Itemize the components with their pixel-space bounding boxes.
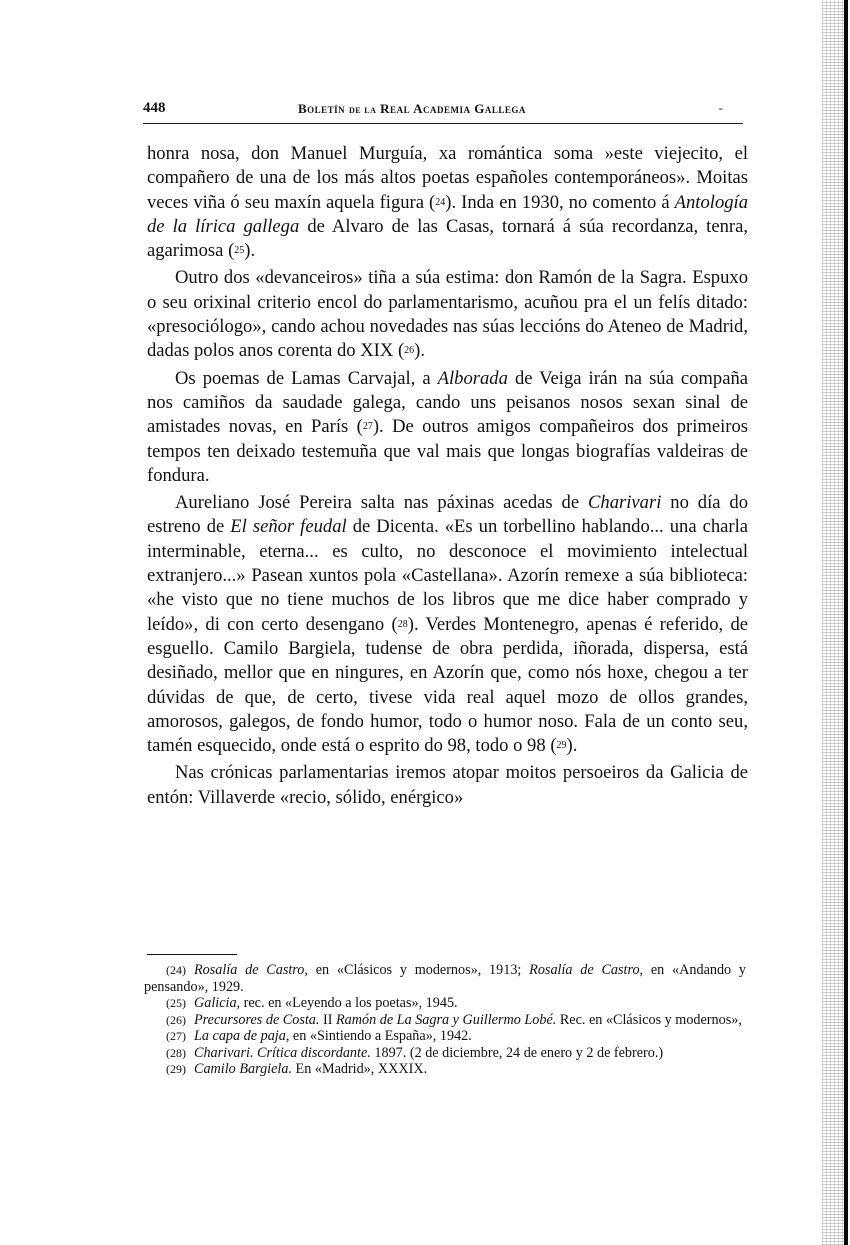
footnote-reference: (25) [228, 240, 250, 261]
footnotes: (24)Rosalía de Castro, en «Clásicos y mo… [144, 962, 746, 1078]
page-edge-shadow [822, 0, 844, 1245]
footnote: (29)Camilo Bargiela. En «Madrid», XXXIX. [144, 1061, 746, 1078]
header-rule [143, 123, 743, 124]
footnote-number: (26) [166, 1013, 186, 1027]
footnote-reference-number: 28 [398, 619, 408, 630]
text-run: en «Sintiendo a España», 1942. [289, 1028, 471, 1044]
text-run: En «Madrid», XXXIX. [292, 1061, 427, 1077]
footnote-reference: (29) [550, 735, 572, 756]
text-run: . [250, 240, 255, 261]
footnote-reference: (26) [398, 340, 420, 361]
text-run: rec. en «Leyendo a los poetas», 1945. [240, 995, 457, 1011]
text-run: Os poemas de Lamas Carvajal, a [175, 368, 438, 389]
italic-title: Galicia, [194, 995, 240, 1011]
body-paragraph: Outro dos «devanceiros» tiña a súa estim… [147, 266, 748, 363]
running-header: 448 Boletín de la Real Academia Gallega … [143, 100, 743, 122]
footnote-rule [147, 954, 237, 955]
header-dash: - [719, 100, 723, 116]
footnote: (28)Charivari. Crítica discordante. 1897… [144, 1045, 746, 1062]
footnote: (26)Precursores de Costa. II Ramón de La… [144, 1012, 746, 1029]
footnote-reference-number: 26 [404, 345, 414, 356]
italic-title: La capa de paja, [194, 1028, 289, 1044]
footnote: (27)La capa de paja, en «Sintiendo a Esp… [144, 1028, 746, 1045]
footnote-number: (28) [166, 1046, 186, 1060]
italic-title: Rosalía de Castro, [529, 962, 643, 978]
body-paragraph: Os poemas de Lamas Carvajal, a Alborada … [147, 367, 748, 488]
page-edge-border [844, 0, 848, 1245]
scanned-page-edge [818, 0, 850, 1245]
text-run: II [319, 1012, 336, 1028]
footnote-number: (29) [166, 1062, 186, 1076]
running-title-word: Boletín [298, 101, 345, 116]
text-run: en «Clásicos y modernos», 1913; [308, 962, 529, 978]
italic-title: Charivari. Crítica discordante. [194, 1045, 371, 1061]
footnote-reference-number: 29 [557, 740, 567, 751]
italic-title: Precursores de Costa. [194, 1012, 319, 1028]
italic-title: Charivari [588, 492, 661, 513]
text-run: 1897. (2 de diciembre, 24 de enero y 2 d… [371, 1045, 663, 1061]
footnote-number: (25) [166, 996, 186, 1010]
page-number: 448 [143, 100, 166, 117]
body-text: honra nosa, don Manuel Murguía, xa román… [147, 142, 748, 810]
running-title: Boletín de la Real Academia Gallega [298, 101, 526, 117]
text-run: . [420, 340, 425, 361]
footnote-reference: (28) [392, 614, 414, 635]
footnote-reference: (24) [429, 192, 451, 213]
footnote-reference-number: 27 [363, 421, 373, 432]
text-run: . Inda en 1930, no comento á [451, 192, 674, 213]
italic-title: Camilo Bargiela. [194, 1061, 292, 1077]
running-title-word: de la [349, 104, 376, 116]
italic-title: Ramón de La Sagra y Guillermo Lobé. [336, 1012, 556, 1028]
body-paragraph: honra nosa, don Manuel Murguía, xa román… [147, 142, 748, 263]
text-run: . [573, 735, 578, 756]
running-title-word: Academia [413, 101, 470, 116]
footnote: (24)Rosalía de Castro, en «Clásicos y mo… [144, 962, 746, 995]
footnote: (25)Galicia, rec. en «Leyendo a los poet… [144, 995, 746, 1012]
text-run: Rec. en «Clásicos y modernos», [556, 1012, 742, 1028]
text-run: . Verdes Montenegro, apenas é referido, … [147, 614, 748, 756]
running-title-word: Real [380, 101, 410, 116]
running-title-word: Gallega [474, 101, 526, 116]
italic-title: Rosalía de Castro, [194, 962, 308, 978]
italic-title: Alborada [438, 368, 508, 389]
footnote-reference-number: 25 [234, 245, 244, 256]
footnote-number: (24) [166, 963, 186, 977]
footnote-reference-number: 24 [435, 197, 445, 208]
footnote-number: (27) [166, 1029, 186, 1043]
body-paragraph: Aureliano José Pereira salta nas páxinas… [147, 491, 748, 758]
italic-title: El señor feudal [230, 516, 346, 537]
text-run: Nas crónicas parlamentarias iremos atopa… [147, 762, 748, 807]
footnote-reference: (27) [357, 416, 379, 437]
body-paragraph: Nas crónicas parlamentarias iremos atopa… [147, 761, 748, 810]
text-run: Outro dos «devanceiros» tiña a súa estim… [147, 267, 748, 361]
text-run: Aureliano José Pereira salta nas páxinas… [175, 492, 588, 513]
